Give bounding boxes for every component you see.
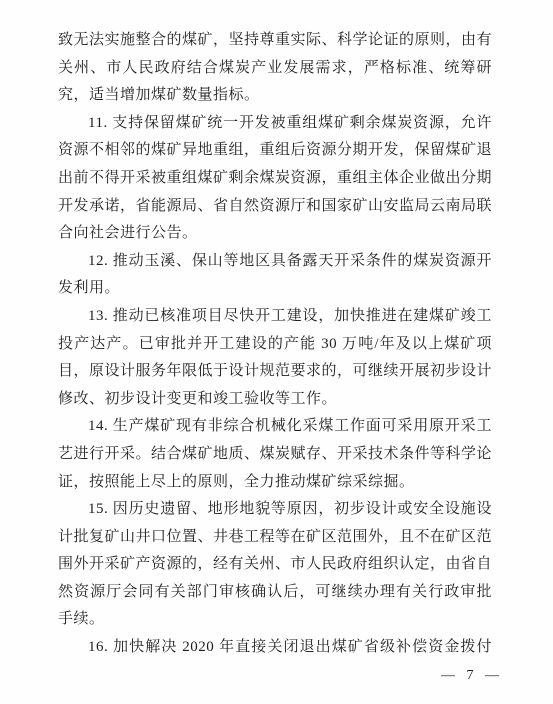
- text-line: 开发承诺，省能源局、省自然资源厅和国家矿山安监局云南局联: [58, 193, 492, 221]
- text-line: 艺进行开采。结合煤矿地质、煤炭赋存、开采技术条件等科学论: [58, 441, 492, 469]
- text-line: 究，适当增加煤矿数量指标。: [58, 82, 492, 110]
- text-line-item-12: 12. 推动玉溪、保山等地区具备露天开采条件的煤炭资源开: [58, 248, 492, 276]
- text-line-item-14: 14. 生产煤矿现有非综合机械化采煤工作面可采用原开采工: [58, 413, 492, 441]
- text-line: 投产达产。已审批并开工建设的产能 30 万吨/年及以上煤矿项: [58, 331, 492, 359]
- page-number: — 7 —: [441, 668, 503, 683]
- page-footer: — 7 —: [441, 666, 503, 686]
- text-line: 发利用。: [58, 275, 492, 303]
- text-line-item-15: 15. 因历史遗留、地形地貌等原因，初步设计或安全设施设: [58, 496, 492, 524]
- document-page: 致无法实施整合的煤矿，坚持尊重实际、科学论证的原则，由有 关州、市人民政府结合煤…: [0, 0, 553, 704]
- text-line: 资源不相邻的煤矿异地重组，重组后资源分期开发，保留煤矿退: [58, 137, 492, 165]
- text-line: 修改、初步设计变更和竣工验收等工作。: [58, 386, 492, 414]
- text-line: 手续。: [58, 606, 492, 634]
- text-line: 围外开采矿产资源的，经有关州、市人民政府组织认定，由省自: [58, 551, 492, 579]
- text-line: 证，按照能上尽上的原则，全力推动煤矿综采综掘。: [58, 469, 492, 497]
- document-body: 致无法实施整合的煤矿，坚持尊重实际、科学论证的原则，由有 关州、市人民政府结合煤…: [58, 27, 492, 662]
- text-line: 合向社会进行公告。: [58, 220, 492, 248]
- text-line: 致无法实施整合的煤矿，坚持尊重实际、科学论证的原则，由有: [58, 27, 492, 55]
- text-line: 然资源厅会同有关部门审核确认后，可继续办理有关行政审批: [58, 579, 492, 607]
- text-line: 出前不得开采被重组煤矿剩余煤炭资源，重组主体企业做出分期: [58, 165, 492, 193]
- text-line-item-11: 11. 支持保留煤矿统一开发被重组煤矿剩余煤炭资源，允许: [58, 110, 492, 138]
- text-line-item-16: 16. 加快解决 2020 年直接关闭退出煤矿省级补偿资金拨付: [58, 634, 492, 662]
- text-line-item-13: 13. 推动已核准项目尽快开工建设，加快推进在建煤矿竣工: [58, 303, 492, 331]
- text-line: 关州、市人民政府结合煤炭产业发展需求，严格标准、统筹研: [58, 55, 492, 83]
- text-line: 目，原设计服务年限低于设计规范要求的，可继续开展初步设计: [58, 358, 492, 386]
- text-line: 计批复矿山井口位置、井巷工程等在矿区范围外，且不在矿区范: [58, 524, 492, 552]
